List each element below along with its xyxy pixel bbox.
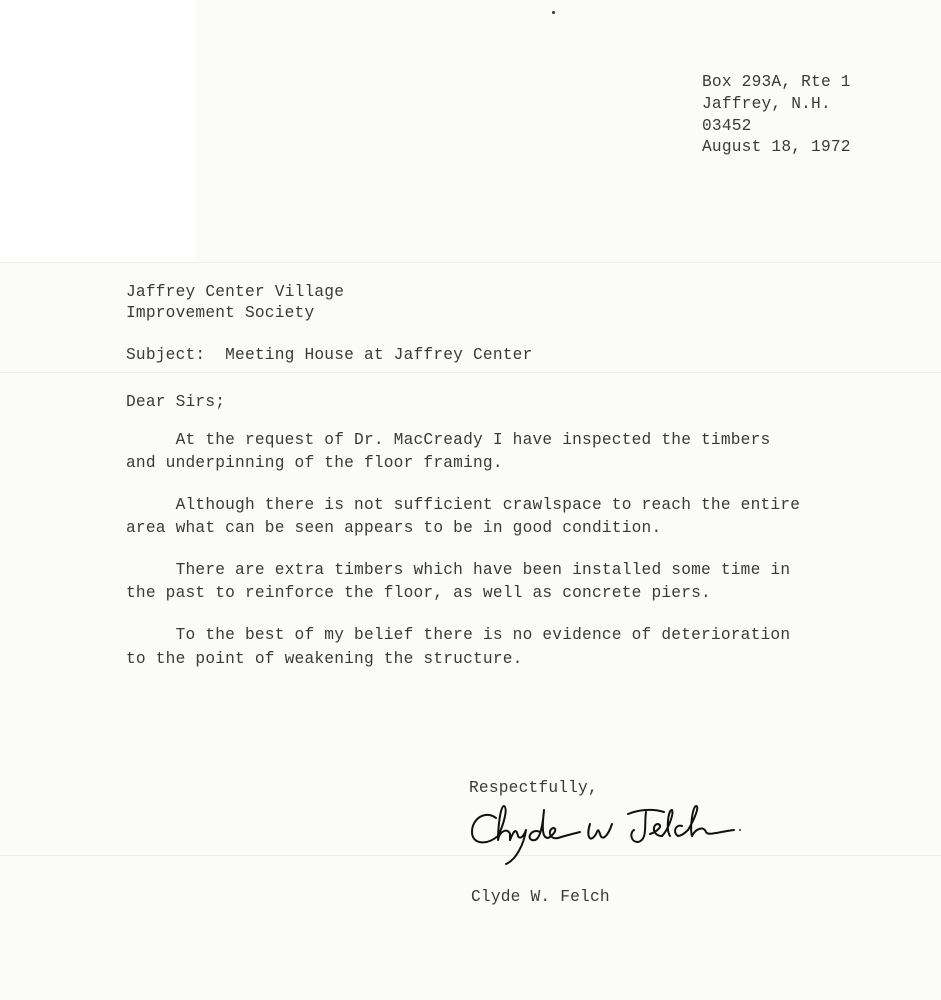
speck bbox=[552, 11, 555, 14]
address-zip: 03452 bbox=[702, 116, 752, 136]
typed-signer-name: Clyde W. Felch bbox=[471, 887, 610, 907]
subject-line: Subject: Meeting House at Jaffrey Center bbox=[126, 345, 532, 365]
letter-page: Box 293A, Rte 1 Jaffrey, N.H. 03452 Augu… bbox=[0, 0, 941, 1000]
body-paragraph-1-line-2: and underpinning of the floor framing. bbox=[126, 453, 503, 473]
body-paragraph-1-line-1: At the request of Dr. MacCready I have i… bbox=[126, 430, 770, 450]
body-paragraph-4-line-1: To the best of my belief there is no evi… bbox=[126, 625, 790, 645]
body-paragraph-2-line-1: Although there is not sufficient crawlsp… bbox=[126, 495, 800, 515]
body-paragraph-2-line-2: area what can be seen appears to be in g… bbox=[126, 518, 661, 538]
recipient-line-2: Improvement Society bbox=[126, 303, 314, 323]
body-paragraph-4-line-2: to the point of weakening the structure. bbox=[126, 649, 523, 669]
salutation: Dear Sirs; bbox=[126, 392, 225, 412]
recipient-line-1: Jaffrey Center Village bbox=[126, 282, 344, 302]
body-paragraph-3-line-2: the past to reinforce the floor, as well… bbox=[126, 583, 711, 603]
handwritten-signature: Clyde W. Felch bbox=[468, 800, 758, 870]
address-line-1: Box 293A, Rte 1 bbox=[702, 72, 851, 92]
paper-fold bbox=[0, 262, 941, 263]
closing: Respectfully, bbox=[469, 778, 598, 798]
paper-fold bbox=[0, 372, 941, 373]
letter-date: August 18, 1972 bbox=[702, 137, 851, 157]
body-paragraph-3-line-1: There are extra timbers which have been … bbox=[126, 560, 790, 580]
address-line-2: Jaffrey, N.H. bbox=[702, 94, 831, 114]
scan-patch bbox=[0, 0, 195, 262]
